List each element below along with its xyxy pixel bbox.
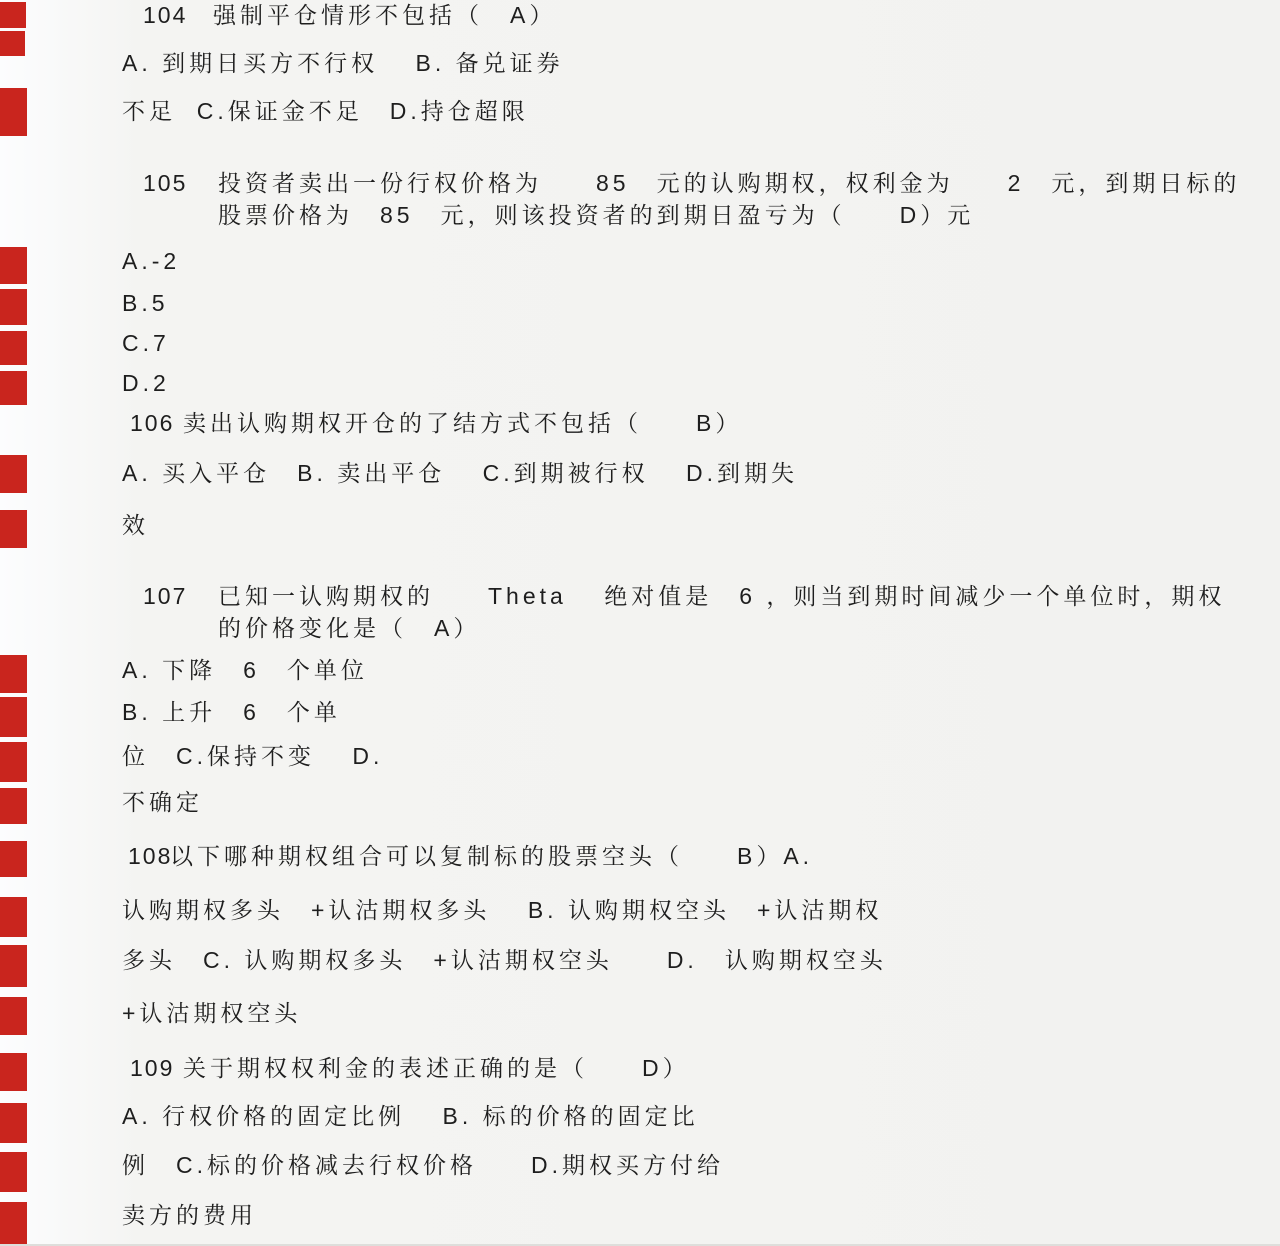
margin-redaction-mark <box>0 841 27 877</box>
margin-redaction-mark <box>0 1202 27 1246</box>
margin-redaction-mark <box>0 1152 27 1192</box>
question-109-options-line: A. 行权价格的固定比例 B. 标的价格的固定比 <box>122 1103 699 1129</box>
question-107-options-line: 位 C.保持不变 D. <box>122 743 383 769</box>
scanned-document-page: 104 强制平仓情形不包括（ A） A. 到期日买方不行权 B. 备兑证券 不足… <box>0 0 1280 1246</box>
margin-redaction-mark <box>0 1053 27 1091</box>
question-109-stem: 关于期权权利金的表述正确的是（ D） <box>183 1055 690 1081</box>
margin-redaction-mark <box>0 88 27 136</box>
margin-redaction-mark <box>0 788 27 824</box>
margin-redaction-mark <box>0 510 27 548</box>
question-105-option-d: D.2 <box>122 370 170 396</box>
question-number-105: 105 <box>143 170 187 196</box>
question-105-option-a: A.-2 <box>122 248 180 274</box>
question-105-option-c: C.7 <box>122 330 170 356</box>
margin-redaction-mark <box>0 31 25 56</box>
question-104-options-line: A. 到期日买方不行权 B. 备兑证券 <box>122 50 564 76</box>
margin-redaction-mark <box>0 455 27 493</box>
margin-redaction-mark <box>0 247 27 284</box>
question-105-stem-line: 股票价格为 85 元，则该投资者的到期日盈亏为（ D）元 <box>218 202 974 228</box>
question-108-options-line: +认沽期权空头 <box>122 1000 301 1026</box>
question-107-options-line: 不确定 <box>122 789 203 815</box>
question-108-options-line: 认购期权多头 +认沽期权多头 B. 认购期权空头 +认沽期权 <box>122 897 882 923</box>
question-105-stem-line: 投资者卖出一份行权价格为 85 元的认购期权，权利金为 2 元，到期日标的 <box>218 170 1240 196</box>
question-106-options-line: 效 <box>122 512 149 538</box>
question-number-109: 109 <box>130 1055 174 1081</box>
margin-redaction-mark <box>0 742 27 782</box>
margin-redaction-mark <box>0 2 26 28</box>
question-107-options-line: A. 下降 6 个单位 <box>122 657 368 683</box>
question-105-option-b: B.5 <box>122 290 169 316</box>
margin-redaction-mark <box>0 897 27 937</box>
margin-redaction-mark <box>0 697 27 737</box>
question-109-options-line: 例 C.标的价格减去行权价格 D.期权买方付给 <box>122 1152 724 1178</box>
question-107-stem-line: 已知一认购期权的 Theta 绝对值是 6 ，则当到期时间减少一个单位时，期权 <box>218 583 1225 609</box>
question-number-107: 107 <box>143 583 187 609</box>
question-106-options-line: A. 买入平仓 B. 卖出平仓 C.到期被行权 D.到期失 <box>122 460 798 486</box>
question-107-options-line: B. 上升 6 个单 <box>122 699 341 725</box>
question-109-options-line: 卖方的费用 <box>122 1202 257 1228</box>
margin-redaction-mark <box>0 331 27 365</box>
margin-redaction-mark <box>0 289 27 325</box>
question-104-options-line: 不足 C.保证金不足 D.持仓超限 <box>122 98 529 124</box>
margin-redaction-mark <box>0 371 27 405</box>
question-107-stem-line: 的价格变化是（ A） <box>218 615 480 641</box>
margin-redaction-mark <box>0 1103 27 1143</box>
question-108-options-line: 多头 C. 认购期权多头 +认沽期权空头 D. 认购期权空头 <box>122 947 887 973</box>
question-number-108: 108 <box>128 843 172 869</box>
question-number-106: 106 <box>130 410 174 436</box>
question-104-stem: 强制平仓情形不包括（ A） <box>213 2 556 28</box>
margin-redaction-mark <box>0 655 27 693</box>
margin-redaction-mark <box>0 945 27 987</box>
question-106-stem: 卖出认购期权开仓的了结方式不包括（ B） <box>183 410 742 436</box>
question-number-104: 104 <box>143 2 187 28</box>
question-108-stem: 以下哪种期权组合可以复制标的股票空头（ B）A. <box>170 843 813 869</box>
margin-redaction-mark <box>0 997 27 1035</box>
